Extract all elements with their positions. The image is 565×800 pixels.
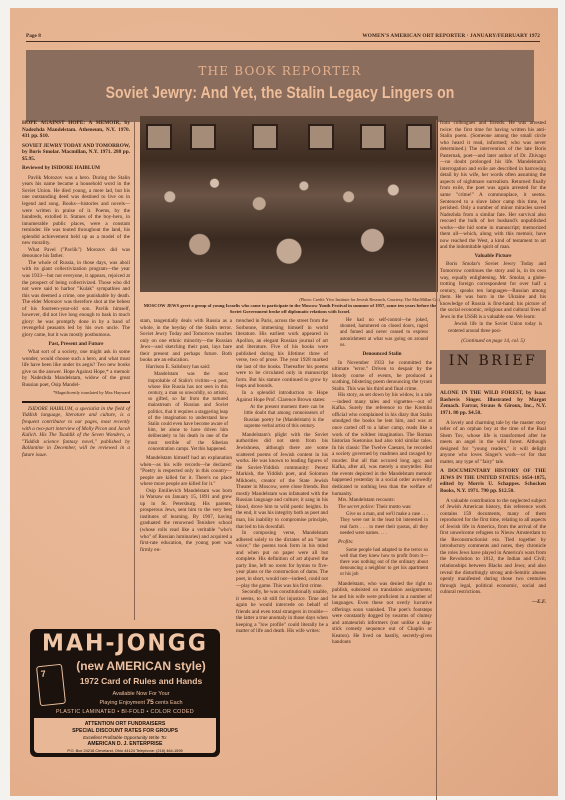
- ad-contact-panel: ATTENTION ORT FUNDRAISERS SPECIAL DISCOU…: [34, 718, 216, 753]
- ad-discount: SPECIAL DISCOUNT RATES FOR GROUPS: [34, 728, 216, 735]
- paragraph: The whole of Russia, in those days, was …: [22, 260, 130, 339]
- running-header: Page 8 WOMEN'S AMERICAN ORT REPORTER · J…: [26, 30, 540, 42]
- continued-note: (Continued on page 14, col. 5): [440, 338, 546, 345]
- mah-jongg-advertisement: MAH-JONGG 7 (new AMERICAN style) 1972 Ca…: [30, 629, 220, 757]
- ad-brand: MAH-JONGG: [30, 630, 220, 656]
- paragraph: A lovely and charming tale by the master…: [440, 420, 546, 466]
- photo-window: [146, 124, 172, 150]
- paragraph: Mandelstam himself had an explanation wh…: [140, 455, 232, 488]
- price-suffix: cents Each: [154, 700, 183, 706]
- book-reference: HOPE AGAINST HOPE: A MEMOIR, by Nadezhda…: [22, 120, 130, 140]
- book-reference: SOVIET JEWRY TODAY AND TOMORROW, by Bori…: [22, 143, 130, 163]
- ad-available: Available Now For Your: [66, 691, 216, 697]
- photo-credit: (Photo: Credit: Yivo Institute for Jewis…: [250, 297, 440, 302]
- block-quote: He had no self-control—he joked, shouted…: [340, 318, 428, 349]
- paragraph: Harrison E. Salisbury has said:: [140, 364, 232, 371]
- column-1: HOPE AGAINST HOPE: A MEMOIR, by Nadezhda…: [22, 120, 130, 458]
- paragraph: In composing verse, Mandelstam adhered s…: [236, 530, 328, 589]
- column-5: from colleagues and friends. He was arre…: [440, 120, 546, 605]
- quote-text: Jewish life in the Soviet Union today is…: [448, 322, 542, 334]
- emphasis: Profits:: [338, 539, 354, 545]
- ad-price: Playing Enjoyment 75 cents Each: [66, 699, 216, 706]
- block-quote: Mandelstam was the most improbable of St…: [148, 372, 228, 453]
- paragraph: His story, as set down by his widow, is …: [332, 392, 432, 497]
- price-prefix: Playing Enjoyment: [99, 700, 146, 706]
- ad-card: 1972 Card of Rules and Hands: [66, 676, 216, 686]
- emphasis: The secret police:: [338, 504, 375, 510]
- book-reference: A DOCUMENTARY HISTORY OF THE JEWS IN THE…: [440, 468, 546, 494]
- paragraph: Secondly, he was constitutionally unable…: [236, 589, 328, 635]
- signature: —E.F.: [440, 599, 546, 606]
- byline: Reviewed by ISIDORE HAIBLUM: [22, 165, 130, 172]
- subhead: Valuable Picture: [440, 253, 546, 260]
- paragraph: Osip Emilievich Mandelstam was born in W…: [140, 488, 232, 553]
- footnote: *Magnificently translated by Max Hayward: [22, 390, 130, 397]
- paragraph: The secret police: Their motto was:: [332, 504, 432, 511]
- paragraph: Profits:: [332, 539, 432, 546]
- book-reference: ALONE IN THE WILD FOREST, by Isaac Bashe…: [440, 390, 546, 416]
- caption-lead: MOSCOW JEWS: [144, 303, 180, 308]
- paragraph: trenched in Paris, across the street fro…: [236, 318, 328, 390]
- publication-line: WOMEN'S AMERICAN ORT REPORTER · JANUARY/…: [362, 33, 540, 39]
- column-3: trenched in Paris, across the street fro…: [236, 318, 328, 635]
- photo-window: [406, 124, 432, 150]
- quote-text: At the present moment there can be littl…: [244, 405, 324, 430]
- photo-window: [360, 124, 386, 150]
- headline: Soviet Jewry: And Yet, the Stalin Legacy…: [64, 84, 496, 103]
- block-quote: Give us a man, and we'll make a case . .…: [340, 512, 428, 537]
- ad-style: (new AMERICAN style): [66, 659, 216, 673]
- paragraph-text: Their motto was:: [375, 504, 412, 510]
- photo-window: [252, 124, 278, 150]
- ad-features: PLASTIC LAMINATED • BI-FOLD • COLOR CODE…: [30, 709, 220, 715]
- author-bio: ISIDORE HAIBLUM, a specialist in the fie…: [22, 401, 130, 458]
- paragraph: stam, tangentially deals with Russia as …: [140, 318, 232, 364]
- page-number: Page 8: [26, 33, 41, 39]
- ad-attention: ATTENTION ORT FUNDRAISERS: [34, 721, 216, 728]
- tile-number: 7: [40, 669, 46, 679]
- photo-window: [190, 124, 216, 150]
- price-value: 75: [147, 699, 154, 706]
- ad-address: P.O. Box 24218 Cleveland, Ohio 44124 Tel…: [34, 748, 216, 755]
- in-brief-title: IN BRIEF: [440, 358, 546, 365]
- block-quote: At the present moment there can be littl…: [244, 405, 324, 430]
- block-quote: Jewish life in the Soviet Union today is…: [448, 322, 542, 334]
- paragraph: What sort of a society, one might ask in…: [22, 349, 130, 388]
- ad-opportunity: Excellent Profitable Opportunity Write T…: [34, 735, 216, 742]
- paragraph: Mandelstam's plight with the Soviet auth…: [236, 432, 328, 530]
- column-divider: [134, 120, 135, 620]
- quote-text: Give us a man, and we'll make a case . .…: [340, 512, 428, 537]
- block-quote: Some people had adapted to the terror so…: [340, 548, 428, 579]
- photo-caption: MOSCOW JEWS greet a group of young Israe…: [140, 303, 440, 314]
- quote-text: Mandelstam was the most improbable of St…: [148, 372, 228, 453]
- caption-text: greet a group of young Israelis who came…: [179, 303, 436, 314]
- subhead: Past, Present and Future: [22, 341, 130, 348]
- paragraph: What Pavel ("Pavlik") Morozov did was de…: [22, 247, 130, 260]
- quote-text: He had no self-control—he joked, shouted…: [340, 318, 428, 349]
- paragraph: In a splendid introduction to Hope Again…: [236, 390, 328, 403]
- section-title: THE BOOK REPORTER: [26, 64, 534, 78]
- paragraph: Pavlik Morozov was a hero. During the St…: [22, 175, 130, 247]
- section-banner: THE BOOK REPORTER Soviet Jewry: And Yet,…: [26, 50, 534, 122]
- photo-window: [308, 124, 334, 150]
- newspaper-page: Page 8 WOMEN'S AMERICAN ORT REPORTER · J…: [10, 8, 558, 796]
- column-4: He had no self-control—he joked, shouted…: [332, 318, 432, 646]
- subhead: Denounced Stalin: [332, 351, 432, 358]
- paragraph: from colleagues and friends. He was arre…: [440, 120, 546, 251]
- mahjong-tile-icon: 7: [36, 664, 66, 706]
- photo-crowd: [140, 156, 438, 292]
- paragraph: Boris Smolar's Soviet Jewry Today and To…: [440, 261, 546, 320]
- ad-company: AMERICAN D. J. ENTERPRISE: [34, 741, 216, 748]
- paragraph: Mandelstam, who was denied the right to …: [332, 581, 432, 646]
- paragraph: In November 1933 he committed the ultima…: [332, 360, 432, 393]
- column-2: stam, tangentially deals with Russia as …: [140, 318, 232, 553]
- quote-text: Some people had adapted to the terror so…: [340, 548, 428, 579]
- in-brief-banner: IN BRIEF: [440, 350, 546, 384]
- column-divider: [436, 120, 437, 800]
- photo-moscow-jews: [140, 116, 438, 292]
- paragraph: A valuable contribution to the neglected…: [440, 498, 546, 596]
